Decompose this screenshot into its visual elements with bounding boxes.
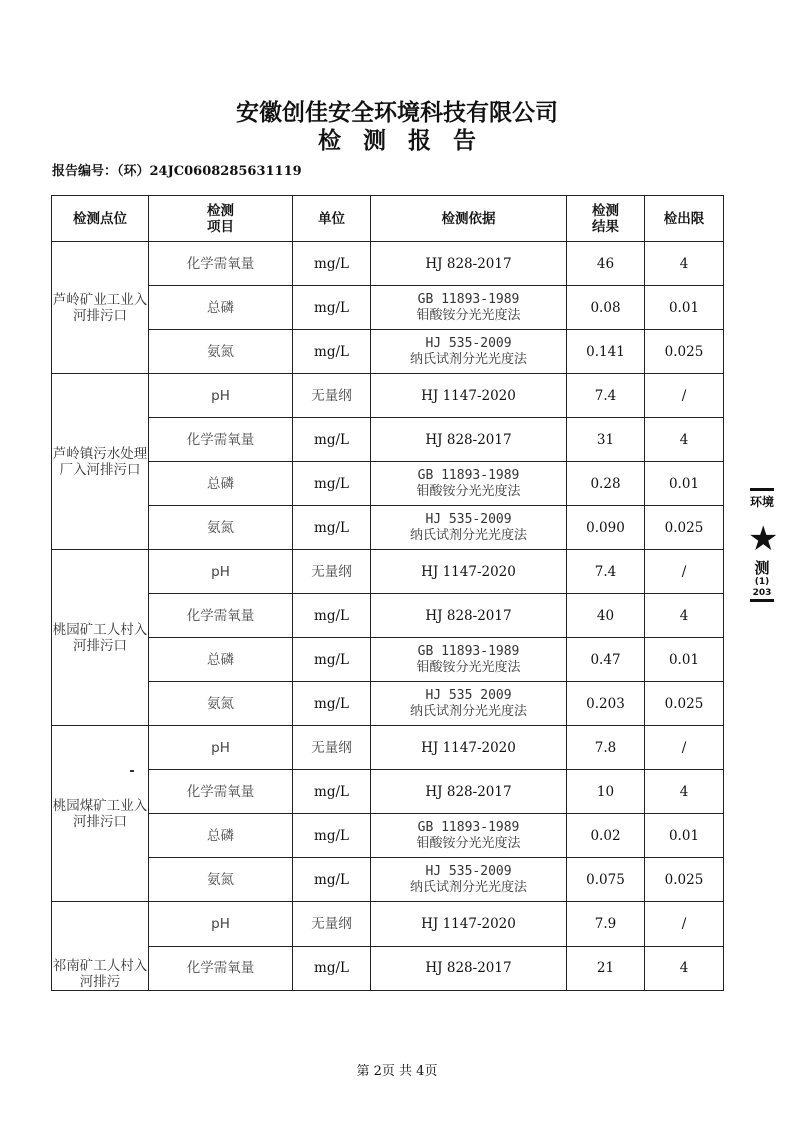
result-cell: 0.075 bbox=[567, 858, 645, 902]
results-table: 检测点位 检测项目 单位 检测依据 检测结果 检出限 芦岭矿业工业入河排污口化学… bbox=[51, 195, 724, 991]
method-cell: HJ 828-2017 bbox=[371, 594, 567, 638]
stamp-top-text: 环境 bbox=[748, 491, 776, 513]
item-cell: 氨氮 bbox=[149, 682, 293, 726]
table-row: 总磷mg/LGB 11893-1989钼酸铵分光光度法0.080.01 bbox=[52, 286, 724, 330]
method-standard: HJ 1147-2020 bbox=[421, 388, 516, 404]
table-row: 总磷mg/LGB 11893-1989钼酸铵分光光度法0.280.01 bbox=[52, 462, 724, 506]
item-cell: 总磷 bbox=[149, 462, 293, 506]
unit-cell: mg/L bbox=[293, 594, 371, 638]
method-description: 纳氏试剂分光光度法 bbox=[371, 704, 566, 720]
limit-cell: / bbox=[645, 550, 724, 594]
stray-mark bbox=[130, 770, 134, 772]
method-cell: HJ 535 2009纳氏试剂分光光度法 bbox=[371, 682, 567, 726]
method-standard: HJ 1147-2020 bbox=[421, 564, 516, 580]
report-title: 检测报告 bbox=[0, 122, 794, 155]
result-cell: 0.090 bbox=[567, 506, 645, 550]
site-cell: 桃园煤矿工业入河排污口 bbox=[52, 726, 149, 902]
table-row: 氨氮mg/LHJ 535 2009纳氏试剂分光光度法0.2030.025 bbox=[52, 682, 724, 726]
method-cell: HJ 535-2009纳氏试剂分光光度法 bbox=[371, 506, 567, 550]
item-cell: 氨氮 bbox=[149, 506, 293, 550]
unit-cell: mg/L bbox=[293, 506, 371, 550]
method-standard: HJ 828-2017 bbox=[425, 960, 511, 976]
unit-cell: 无量纲 bbox=[293, 550, 371, 594]
method-cell: HJ 1147-2020 bbox=[371, 902, 567, 947]
method-cell: HJ 828-2017 bbox=[371, 242, 567, 286]
stamp-bottom-text: 测 bbox=[748, 559, 776, 577]
unit-cell: 无量纲 bbox=[293, 726, 371, 770]
site-cell: 芦岭镇污水处理厂入河排污口 bbox=[52, 374, 149, 550]
method-standard: HJ 828-2017 bbox=[425, 784, 511, 800]
site-label: 桃园矿工人村入河排污口 bbox=[53, 622, 148, 654]
limit-cell: 0.01 bbox=[645, 638, 724, 682]
result-cell: 0.203 bbox=[567, 682, 645, 726]
table-row: 桃园煤矿工业入河排污口pH无量纲HJ 1147-20207.8/ bbox=[52, 726, 724, 770]
unit-cell: mg/L bbox=[293, 638, 371, 682]
col-header-site: 检测点位 bbox=[52, 196, 149, 242]
method-cell: GB 11893-1989钼酸铵分光光度法 bbox=[371, 286, 567, 330]
site-label: 祁南矿工人村入河排污 bbox=[53, 958, 148, 990]
site-cell: 芦岭矿业工业入河排污口 bbox=[52, 242, 149, 374]
item-cell: 总磷 bbox=[149, 286, 293, 330]
method-cell: HJ 1147-2020 bbox=[371, 550, 567, 594]
table-row: 总磷mg/LGB 11893-1989钼酸铵分光光度法0.470.01 bbox=[52, 638, 724, 682]
method-cell: GB 11893-1989钼酸铵分光光度法 bbox=[371, 462, 567, 506]
item-cell: 氨氮 bbox=[149, 330, 293, 374]
item-cell: 化学需氧量 bbox=[149, 594, 293, 638]
item-cell: 化学需氧量 bbox=[149, 242, 293, 286]
item-cell: pH bbox=[149, 374, 293, 418]
table-row: 化学需氧量mg/LHJ 828-2017404 bbox=[52, 594, 724, 638]
method-standard: GB 11893-1989 bbox=[371, 820, 566, 836]
item-cell: 化学需氧量 bbox=[149, 770, 293, 814]
table-row: 芦岭镇污水处理厂入河排污口pH无量纲HJ 1147-20207.4/ bbox=[52, 374, 724, 418]
item-cell: 总磷 bbox=[149, 814, 293, 858]
table-row: 芦岭矿业工业入河排污口化学需氧量mg/LHJ 828-2017464 bbox=[52, 242, 724, 286]
unit-cell: mg/L bbox=[293, 946, 371, 991]
method-cell: GB 11893-1989钼酸铵分光光度法 bbox=[371, 638, 567, 682]
unit-cell: mg/L bbox=[293, 770, 371, 814]
limit-cell: / bbox=[645, 726, 724, 770]
method-cell: HJ 535-2009纳氏试剂分光光度法 bbox=[371, 858, 567, 902]
table-row: 总磷mg/LGB 11893-1989钼酸铵分光光度法0.020.01 bbox=[52, 814, 724, 858]
limit-cell: 4 bbox=[645, 946, 724, 991]
unit-cell: mg/L bbox=[293, 462, 371, 506]
method-standard: HJ 1147-2020 bbox=[421, 916, 516, 932]
table-row: 化学需氧量mg/LHJ 828-2017214 bbox=[52, 946, 724, 991]
method-description: 钼酸铵分光光度法 bbox=[371, 660, 566, 676]
limit-cell: 0.025 bbox=[645, 682, 724, 726]
method-cell: HJ 535-2009纳氏试剂分光光度法 bbox=[371, 330, 567, 374]
limit-cell: 0.01 bbox=[645, 814, 724, 858]
unit-cell: 无量纲 bbox=[293, 374, 371, 418]
limit-cell: 0.01 bbox=[645, 462, 724, 506]
method-standard: GB 11893-1989 bbox=[371, 644, 566, 660]
result-cell: 0.08 bbox=[567, 286, 645, 330]
method-cell: GB 11893-1989钼酸铵分光光度法 bbox=[371, 814, 567, 858]
col-header-method: 检测依据 bbox=[371, 196, 567, 242]
unit-cell: mg/L bbox=[293, 286, 371, 330]
item-cell: pH bbox=[149, 726, 293, 770]
table-row: 桃园矿工人村入河排污口pH无量纲HJ 1147-20207.4/ bbox=[52, 550, 724, 594]
limit-cell: / bbox=[645, 902, 724, 947]
result-cell: 0.28 bbox=[567, 462, 645, 506]
limit-cell: 4 bbox=[645, 770, 724, 814]
stamp-small-1: (1) bbox=[748, 577, 776, 588]
limit-cell: 0.025 bbox=[645, 858, 724, 902]
site-label: 桃园煤矿工业入河排污口 bbox=[53, 798, 148, 830]
table-row: 化学需氧量mg/LHJ 828-2017104 bbox=[52, 770, 724, 814]
method-standard: HJ 828-2017 bbox=[425, 608, 511, 624]
limit-cell: 0.025 bbox=[645, 330, 724, 374]
result-cell: 7.4 bbox=[567, 374, 645, 418]
unit-cell: mg/L bbox=[293, 418, 371, 462]
result-cell: 40 bbox=[567, 594, 645, 638]
method-standard: GB 11893-1989 bbox=[371, 468, 566, 484]
site-cell: 桃园矿工人村入河排污口 bbox=[52, 550, 149, 726]
limit-cell: 0.025 bbox=[645, 506, 724, 550]
result-cell: 7.4 bbox=[567, 550, 645, 594]
method-standard: GB 11893-1989 bbox=[371, 292, 566, 308]
unit-cell: 无量纲 bbox=[293, 902, 371, 947]
method-description: 钼酸铵分光光度法 bbox=[371, 308, 566, 324]
unit-cell: mg/L bbox=[293, 242, 371, 286]
unit-cell: mg/L bbox=[293, 330, 371, 374]
method-cell: HJ 1147-2020 bbox=[371, 374, 567, 418]
limit-cell: 4 bbox=[645, 242, 724, 286]
result-cell: 46 bbox=[567, 242, 645, 286]
site-label: 芦岭矿业工业入河排污口 bbox=[53, 292, 148, 324]
method-description: 纳氏试剂分光光度法 bbox=[371, 880, 566, 896]
item-cell: 总磷 bbox=[149, 638, 293, 682]
result-cell: 0.141 bbox=[567, 330, 645, 374]
page-number: 第 2页 共 4页 bbox=[0, 1060, 794, 1079]
table-row: 氨氮mg/LHJ 535-2009纳氏试剂分光光度法0.1410.025 bbox=[52, 330, 724, 374]
unit-cell: mg/L bbox=[293, 814, 371, 858]
col-header-limit: 检出限 bbox=[645, 196, 724, 242]
method-standard: HJ 535 2009 bbox=[371, 688, 566, 704]
method-description: 纳氏试剂分光光度法 bbox=[371, 352, 566, 368]
item-cell: 化学需氧量 bbox=[149, 946, 293, 991]
table-row: 祁南矿工人村入河排污pH无量纲HJ 1147-20207.9/ bbox=[52, 902, 724, 947]
method-description: 纳氏试剂分光光度法 bbox=[371, 528, 566, 544]
result-cell: 0.47 bbox=[567, 638, 645, 682]
result-cell: 0.02 bbox=[567, 814, 645, 858]
method-standard: HJ 535-2009 bbox=[371, 512, 566, 528]
site-cell: 祁南矿工人村入河排污 bbox=[52, 902, 149, 991]
table-row: 化学需氧量mg/LHJ 828-2017314 bbox=[52, 418, 724, 462]
stamp-small-2: 203 bbox=[748, 588, 776, 599]
item-cell: pH bbox=[149, 550, 293, 594]
site-label: 芦岭镇污水处理厂入河排污口 bbox=[53, 446, 148, 478]
method-cell: HJ 828-2017 bbox=[371, 418, 567, 462]
limit-cell: 0.01 bbox=[645, 286, 724, 330]
result-cell: 7.8 bbox=[567, 726, 645, 770]
report-number-value: （环）24JC0608285631119 bbox=[117, 164, 302, 179]
limit-cell: 4 bbox=[645, 594, 724, 638]
star-icon: ★ bbox=[748, 519, 776, 559]
unit-cell: mg/L bbox=[293, 858, 371, 902]
method-standard: HJ 1147-2020 bbox=[421, 740, 516, 756]
seam-stamp: 环境 ★ 测 (1) 203 bbox=[748, 488, 776, 634]
result-cell: 21 bbox=[567, 946, 645, 991]
col-header-item: 检测项目 bbox=[149, 196, 293, 242]
method-cell: HJ 828-2017 bbox=[371, 770, 567, 814]
limit-cell: / bbox=[645, 374, 724, 418]
method-standard: HJ 828-2017 bbox=[425, 256, 511, 272]
table-row: 氨氮mg/LHJ 535-2009纳氏试剂分光光度法0.0750.025 bbox=[52, 858, 724, 902]
method-description: 钼酸铵分光光度法 bbox=[371, 836, 566, 852]
report-number-label: 报告编号： bbox=[52, 164, 117, 179]
item-cell: 化学需氧量 bbox=[149, 418, 293, 462]
table-body: 芦岭矿业工业入河排污口化学需氧量mg/LHJ 828-2017464总磷mg/L… bbox=[52, 242, 724, 991]
result-cell: 31 bbox=[567, 418, 645, 462]
table-row: 氨氮mg/LHJ 535-2009纳氏试剂分光光度法0.0900.025 bbox=[52, 506, 724, 550]
method-cell: HJ 828-2017 bbox=[371, 946, 567, 991]
unit-cell: mg/L bbox=[293, 682, 371, 726]
method-standard: HJ 828-2017 bbox=[425, 432, 511, 448]
report-number: 报告编号：（环）24JC0608285631119 bbox=[52, 160, 302, 179]
result-cell: 10 bbox=[567, 770, 645, 814]
table-header-row: 检测点位 检测项目 单位 检测依据 检测结果 检出限 bbox=[52, 196, 724, 242]
limit-cell: 4 bbox=[645, 418, 724, 462]
method-description: 钼酸铵分光光度法 bbox=[371, 484, 566, 500]
item-cell: 氨氮 bbox=[149, 858, 293, 902]
method-cell: HJ 1147-2020 bbox=[371, 726, 567, 770]
method-standard: HJ 535-2009 bbox=[371, 864, 566, 880]
result-cell: 7.9 bbox=[567, 902, 645, 947]
col-header-result: 检测结果 bbox=[567, 196, 645, 242]
col-header-unit: 单位 bbox=[293, 196, 371, 242]
method-standard: HJ 535-2009 bbox=[371, 336, 566, 352]
item-cell: pH bbox=[149, 902, 293, 947]
